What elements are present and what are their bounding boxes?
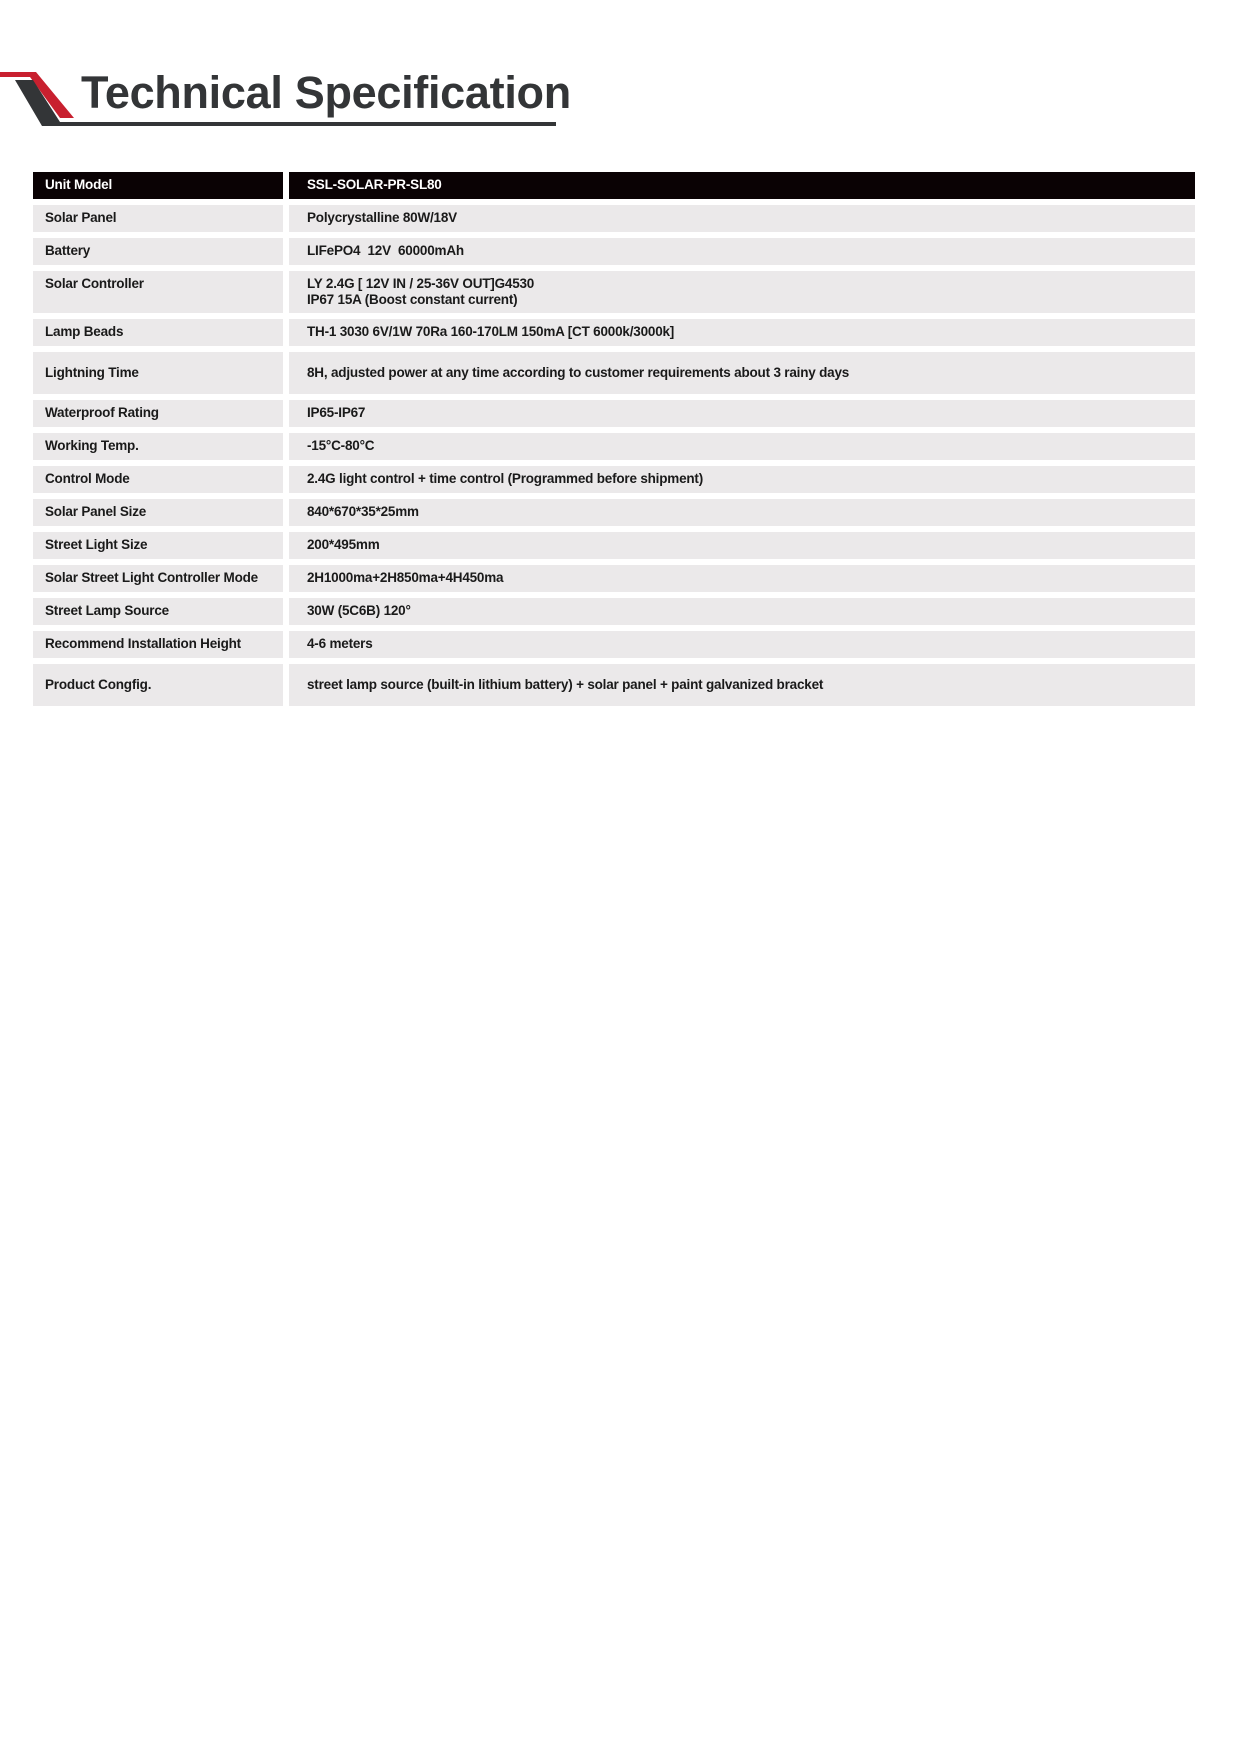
row-value: 2H1000ma+2H850ma+4H450ma [289,565,1195,592]
row-label: Solar Controller [33,271,283,313]
row-label: Waterproof Rating [33,400,283,427]
row-value-line2: IP67 15A (Boost constant current) [307,292,1183,308]
table-row: Solar Panel Size 840*670*35*25mm [33,499,1195,526]
row-value-line1: LY 2.4G [ 12V IN / 25-36V OUT]G4530 [307,276,1183,292]
row-value: 4-6 meters [289,631,1195,658]
row-label: Solar Panel [33,205,283,232]
row-value: street lamp source (built-in lithium bat… [289,664,1195,706]
table-row: Control Mode 2.4G light control + time c… [33,466,1195,493]
table-row: Product Congfig. street lamp source (bui… [33,664,1195,706]
table-row: Recommend Installation Height 4-6 meters [33,631,1195,658]
row-label: Street Lamp Source [33,598,283,625]
row-label: Lamp Beads [33,319,283,346]
row-value: IP65-IP67 [289,400,1195,427]
row-label: Solar Street Light Controller Mode [33,565,283,592]
table-row: Solar Controller LY 2.4G [ 12V IN / 25-3… [33,271,1195,313]
row-label: Battery [33,238,283,265]
table-row: Solar Street Light Controller Mode 2H100… [33,565,1195,592]
row-label: Recommend Installation Height [33,631,283,658]
header-value: SSL-SOLAR-PR-SL80 [289,172,1195,199]
row-value: 840*670*35*25mm [289,499,1195,526]
row-value: -15°C-80°C [289,433,1195,460]
table-row: Battery LIFePO4 12V 60000mAh [33,238,1195,265]
spec-table: Unit Model SSL-SOLAR-PR-SL80 Solar Panel… [33,172,1195,712]
row-value: TH-1 3030 6V/1W 70Ra 160-170LM 150mA [CT… [289,319,1195,346]
row-label: Control Mode [33,466,283,493]
row-value: 8H, adjusted power at any time according… [289,352,1195,394]
row-label: Street Light Size [33,532,283,559]
row-value: Polycrystalline 80W/18V [289,205,1195,232]
table-row: Street Lamp Source 30W (5C6B) 120° [33,598,1195,625]
table-row: Lamp Beads TH-1 3030 6V/1W 70Ra 160-170L… [33,319,1195,346]
row-value: LIFePO4 12V 60000mAh [289,238,1195,265]
page-title: Technical Specification [81,70,571,115]
table-header-row: Unit Model SSL-SOLAR-PR-SL80 [33,172,1195,199]
table-row: Working Temp. -15°C-80°C [33,433,1195,460]
row-label: Lightning Time [33,352,283,394]
table-row: Lightning Time 8H, adjusted power at any… [33,352,1195,394]
row-value: 2.4G light control + time control (Progr… [289,466,1195,493]
row-value: 200*495mm [289,532,1195,559]
row-label: Product Congfig. [33,664,283,706]
table-row: Street Light Size 200*495mm [33,532,1195,559]
table-row: Waterproof Rating IP65-IP67 [33,400,1195,427]
section-header: Technical Specification [0,60,600,140]
row-label: Solar Panel Size [33,499,283,526]
row-label: Working Temp. [33,433,283,460]
row-value: LY 2.4G [ 12V IN / 25-36V OUT]G4530 IP67… [289,271,1195,313]
table-row: Solar Panel Polycrystalline 80W/18V [33,205,1195,232]
row-value: 30W (5C6B) 120° [289,598,1195,625]
header-label: Unit Model [33,172,283,199]
